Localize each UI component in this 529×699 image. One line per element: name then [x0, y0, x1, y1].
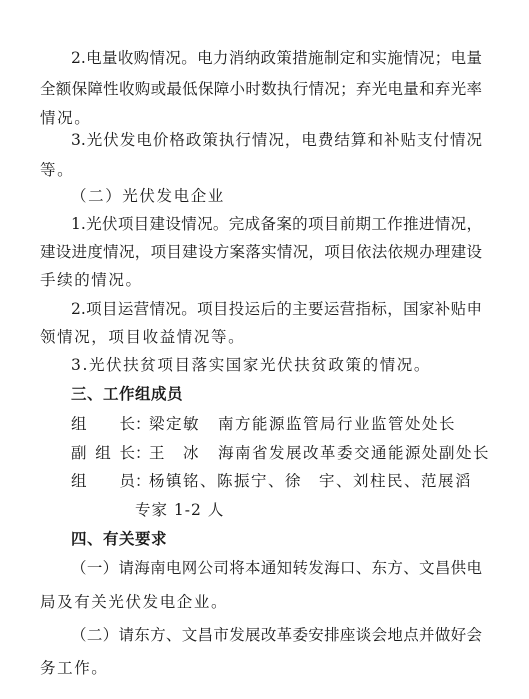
item-poverty-alleviation: 3.光伏扶贫项目落实国家光伏扶贫政策的情况。 [71, 355, 431, 375]
requirement-2-line2: 务工作。 [40, 658, 108, 678]
section-heading-requirements: 四、有关要求 [71, 529, 167, 549]
requirement-2-line1: （二）请东方、文昌市发展改革委安排座谈会地点并做好会 [71, 625, 482, 645]
item-price-policy-line1: 3.光伏发电价格政策执行情况，电费结算和补贴支付情况 [71, 130, 482, 150]
member-row-deputy-leader: 副 组 长 ： 王 冰 海南省发展改革委交通能源处副处长 [71, 443, 490, 463]
item-electricity-purchase-line1: 2.电量收购情况。电力消纳政策措施制定和实施情况；电量 [71, 48, 482, 68]
item-project-construction-line2: 建设进度情况，项目建设方案落实情况，项目依法依规办理建设 [40, 242, 482, 262]
requirement-1-line2: 局及有关光伏发电企业。 [40, 592, 228, 612]
member-title: 南方能源监管局行业监管处处长 [218, 414, 456, 434]
subsection-heading-enterprise: （二）光伏发电企业 [71, 186, 225, 206]
item-project-operation-line2: 领情况，项目收益情况等。 [40, 327, 245, 347]
item-electricity-purchase-line3: 情况。 [40, 108, 91, 128]
member-row-leader: 组 长 ： 梁定敏 南方能源监管局行业监管处处长 [71, 414, 456, 434]
member-names: 杨镇铭、陈振宁、徐 宇、刘柱民、范展滔 [149, 471, 472, 491]
member-name: 梁定敏 [149, 414, 200, 434]
document-page: 2.电量收购情况。电力消纳政策措施制定和实施情况；电量 全额保障性收购或最低保障… [0, 0, 529, 699]
member-role-label: 组 长 [71, 414, 135, 434]
item-price-policy-line2: 等。 [40, 160, 74, 180]
member-name: 王 冰 [149, 443, 200, 463]
member-row-members: 组 员 ： 杨镇铭、陈振宁、徐 宇、刘柱民、范展滔 [71, 471, 472, 491]
item-project-construction-line3: 手续的情况。 [40, 270, 143, 290]
member-title: 海南省发展改革委交通能源处副处长 [218, 443, 490, 463]
item-electricity-purchase-line2: 全额保障性收购或最低保障小时数执行情况；弃光电量和弃光率 [40, 79, 482, 99]
requirement-1-line1: （一）请海南电网公司将本通知转发海口、东方、文昌供电 [71, 558, 482, 578]
item-project-operation-line1: 2.项目运营情况。项目投运后的主要运营指标，国家补贴申 [71, 299, 482, 319]
member-role-label: 组 员 [71, 471, 135, 491]
item-project-construction-line1: 1.光伏项目建设情况。完成备案的项目前期工作推进情况， [71, 214, 482, 234]
member-role-label: 副 组 长 [71, 443, 135, 463]
section-heading-working-group: 三、工作组成员 [71, 384, 183, 404]
experts-count: 专家 1-2 人 [135, 500, 224, 520]
